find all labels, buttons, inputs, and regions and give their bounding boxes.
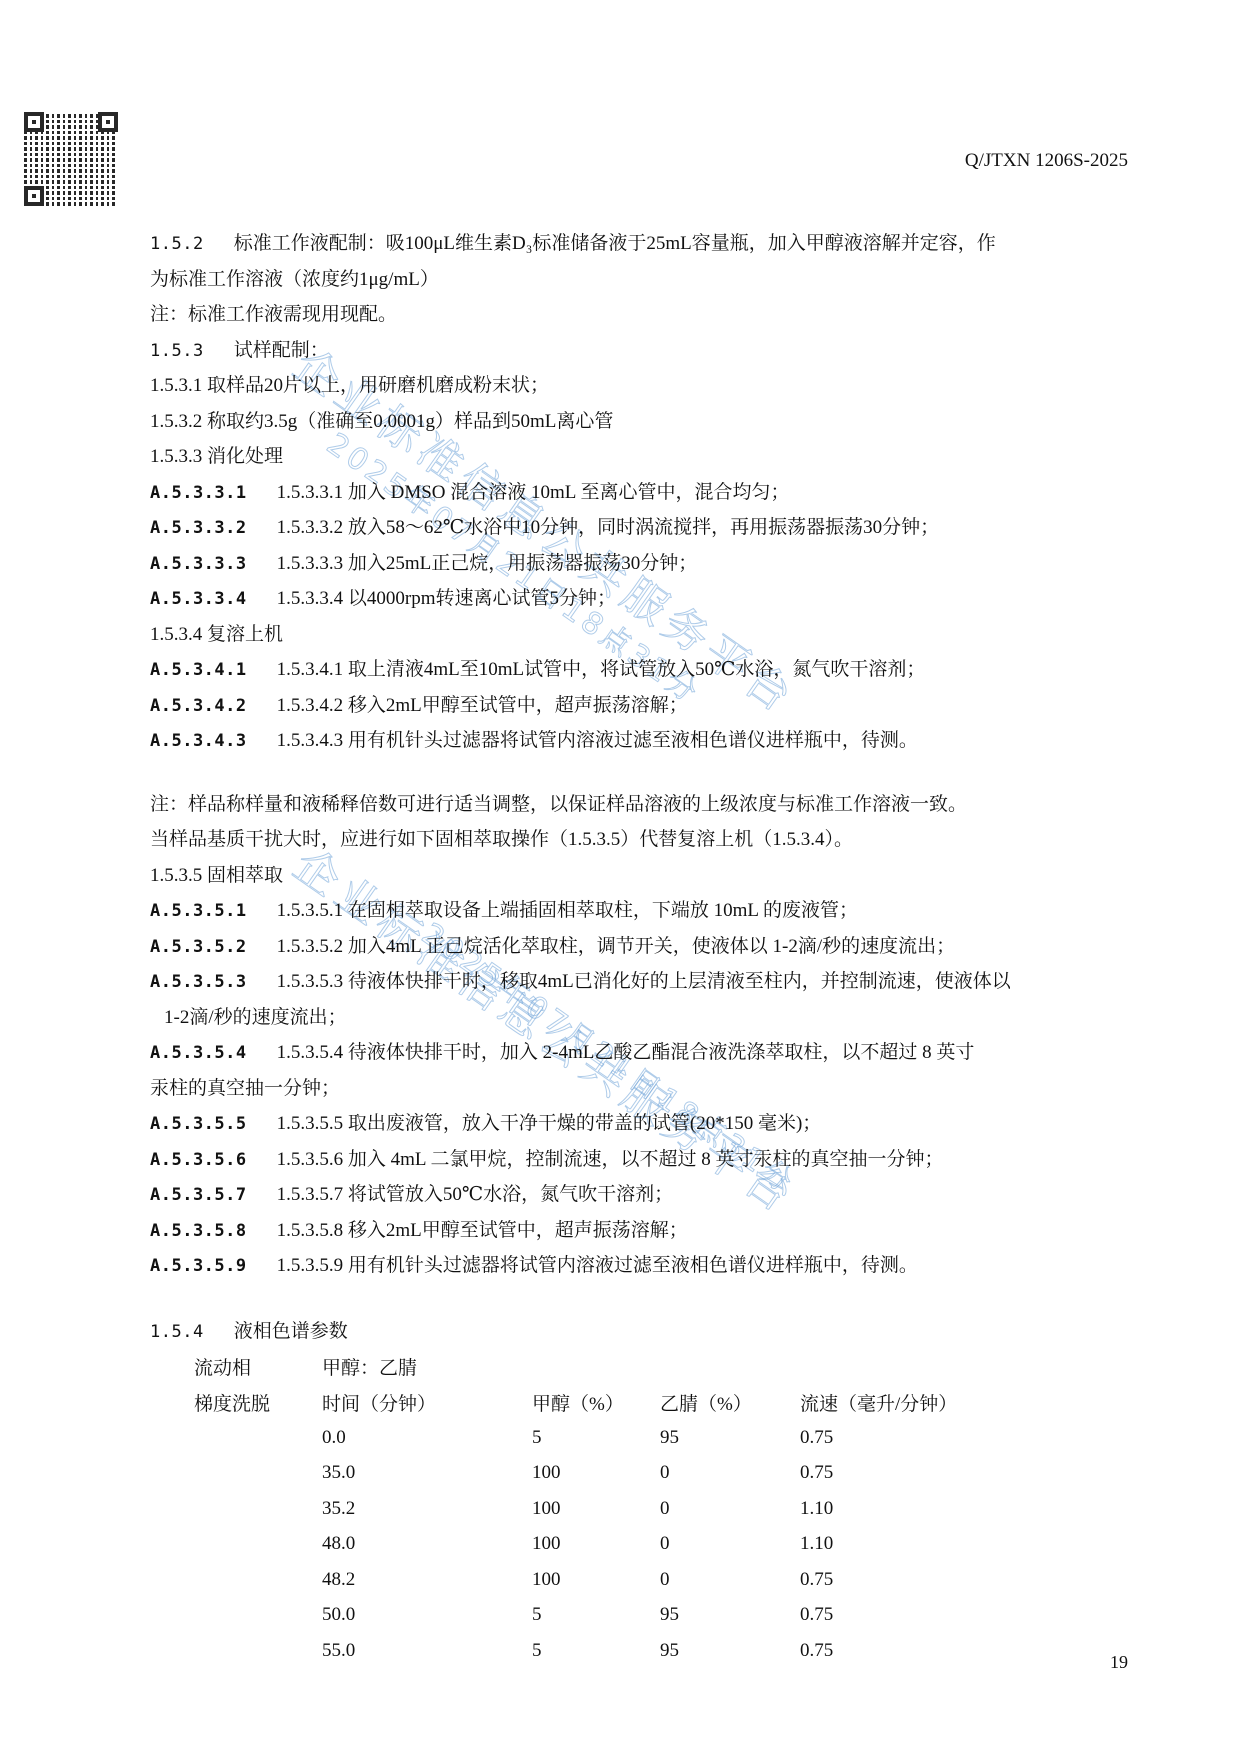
column-header-flow: 流速（毫升/分钟）: [800, 1385, 1000, 1421]
list-item: A.5.3.3.31.5.3.3.3 加入25mL正己烷，用振荡器振荡30分钟；: [150, 546, 1130, 582]
table-header: 梯度洗脱 时间（分钟） 甲醇（%） 乙腈（%） 流速（毫升/分钟）: [194, 1385, 1000, 1421]
note: 注：样品称样量和液稀释倍数可进行适当调整，以保证样品溶液的上级浓度与标准工作溶液…: [150, 787, 1130, 823]
list-item: A.5.3.5.21.5.3.5.2 加入4mL 正己烷活化萃取柱，调节开关，使…: [150, 929, 1130, 965]
section-number: 1.5.4: [150, 1322, 204, 1342]
column-header-time: 时间（分钟）: [322, 1385, 532, 1421]
table-row: 48.010001.10: [194, 1527, 1000, 1563]
subsection-redissolve: 1.5.3.4 复溶上机: [150, 617, 1130, 653]
note: 当样品基质干扰大时，应进行如下固相萃取操作（1.5.3.5）代替复溶上机（1.5…: [150, 822, 1130, 858]
list-item: A.5.3.4.21.5.3.4.2 移入2mL甲醇至试管中，超声振荡溶解；: [150, 688, 1130, 724]
list-item: A.5.3.5.41.5.3.5.4 待液体快排干时，加入 2-4mL乙酸乙酯混…: [150, 1035, 1130, 1071]
section-1-5-3: 1.5.3试样配制：: [150, 333, 1130, 369]
table-row: 0.05950.75: [194, 1420, 1000, 1456]
list-item: A.5.3.5.71.5.3.5.7 将试管放入50℃水浴，氮气吹干溶剂；: [150, 1177, 1130, 1213]
mobile-phase-label: 流动相: [194, 1349, 322, 1385]
section-title: 液相色谱参数: [234, 1321, 348, 1342]
list-item: A.5.3.5.51.5.3.5.5 取出废液管，放入干净干燥的带盖的试管(20…: [150, 1106, 1130, 1142]
note: 注：标准工作液需现用现配。: [150, 297, 1130, 333]
document-number: Q/JTXN 1206S-2025: [965, 150, 1128, 172]
section-number: 1.5.2: [150, 234, 204, 254]
spacer: [150, 1284, 1130, 1314]
table-row: 50.05950.75: [194, 1598, 1000, 1634]
section-title: 试样配制：: [234, 340, 329, 361]
list-item: A.5.3.5.11.5.3.5.1 在固相萃取设备上端插固相萃取柱，下端放 1…: [150, 893, 1130, 929]
spacer: [150, 759, 1130, 787]
qr-code: [24, 112, 118, 206]
step-1-5-3-2: 1.5.3.2 称取约3.5g（准确至0.0001g）样品到50mL离心管: [150, 404, 1130, 440]
section-number: 1.5.3: [150, 341, 204, 361]
list-item: A.5.3.3.41.5.3.3.4 以4000rpm转速离心试管5分钟；: [150, 581, 1130, 617]
page-number: 19: [1110, 1652, 1128, 1673]
column-header-methanol: 甲醇（%）: [532, 1385, 660, 1421]
list-item: A.5.3.5.31.5.3.5.3 待液体快排干时，移取4mL已消化好的上层清…: [150, 964, 1130, 1000]
mobile-phase-value: 甲醇：乙腈: [322, 1349, 1000, 1385]
list-item-cont: 汞柱的真空抽一分钟；: [150, 1071, 1130, 1107]
gradient-label: 梯度洗脱: [194, 1385, 322, 1421]
mobile-phase-row: 流动相 甲醇：乙腈: [194, 1349, 1000, 1385]
list-item: A.5.3.4.31.5.3.4.3 用有机针头过滤器将试管内溶液过滤至液相色谱…: [150, 723, 1130, 759]
list-item: A.5.3.3.21.5.3.3.2 放入58～62℃水浴中10分钟，同时涡流搅…: [150, 510, 1130, 546]
list-item: A.5.3.5.81.5.3.5.8 移入2mL甲醇至试管中，超声振荡溶解；: [150, 1213, 1130, 1249]
list-item: A.5.3.5.61.5.3.5.6 加入 4mL 二氯甲烷，控制流速，以不超过…: [150, 1142, 1130, 1178]
step-1-5-3-1: 1.5.3.1 取样品20片以上，用研磨机磨成粉末状；: [150, 368, 1130, 404]
list-item: A.5.3.3.11.5.3.3.1 加入 DMSO 混合溶液 10mL 至离心…: [150, 475, 1130, 511]
subsection-digestion: 1.5.3.3 消化处理: [150, 439, 1130, 475]
section-1-5-2: 1.5.2标准工作液配制：吸100μL维生素D₃标准储备液于25mL容量瓶，加入…: [150, 226, 1130, 262]
section-1-5-4: 1.5.4液相色谱参数: [150, 1314, 1130, 1350]
list-item-cont: 1-2滴/秒的速度流出；: [150, 1000, 1130, 1036]
list-item: A.5.3.5.91.5.3.5.9 用有机针头过滤器将试管内溶液过滤至液相色谱…: [150, 1248, 1130, 1284]
section-text: 标准工作液配制：吸100μL维生素D₃标准储备液于25mL容量瓶，加入甲醇液溶解…: [234, 233, 996, 254]
table-row: 55.05950.75: [194, 1633, 1000, 1669]
subsection-spe: 1.5.3.5 固相萃取: [150, 858, 1130, 894]
hplc-gradient-table: 流动相 甲醇：乙腈 梯度洗脱 时间（分钟） 甲醇（%） 乙腈（%） 流速（毫升/…: [194, 1349, 1000, 1669]
table-row: 35.210001.10: [194, 1491, 1000, 1527]
section-1-5-2-cont: 为标准工作溶液（浓度约1μg/mL）: [150, 262, 1130, 298]
document-body: 1.5.2标准工作液配制：吸100μL维生素D₃标准储备液于25mL容量瓶，加入…: [150, 226, 1130, 1669]
list-item: A.5.3.4.11.5.3.4.1 取上清液4mL至10mL试管中，将试管放入…: [150, 652, 1130, 688]
table-row: 48.210000.75: [194, 1562, 1000, 1598]
column-header-acetonitrile: 乙腈（%）: [660, 1385, 800, 1421]
table-row: 35.010000.75: [194, 1456, 1000, 1492]
